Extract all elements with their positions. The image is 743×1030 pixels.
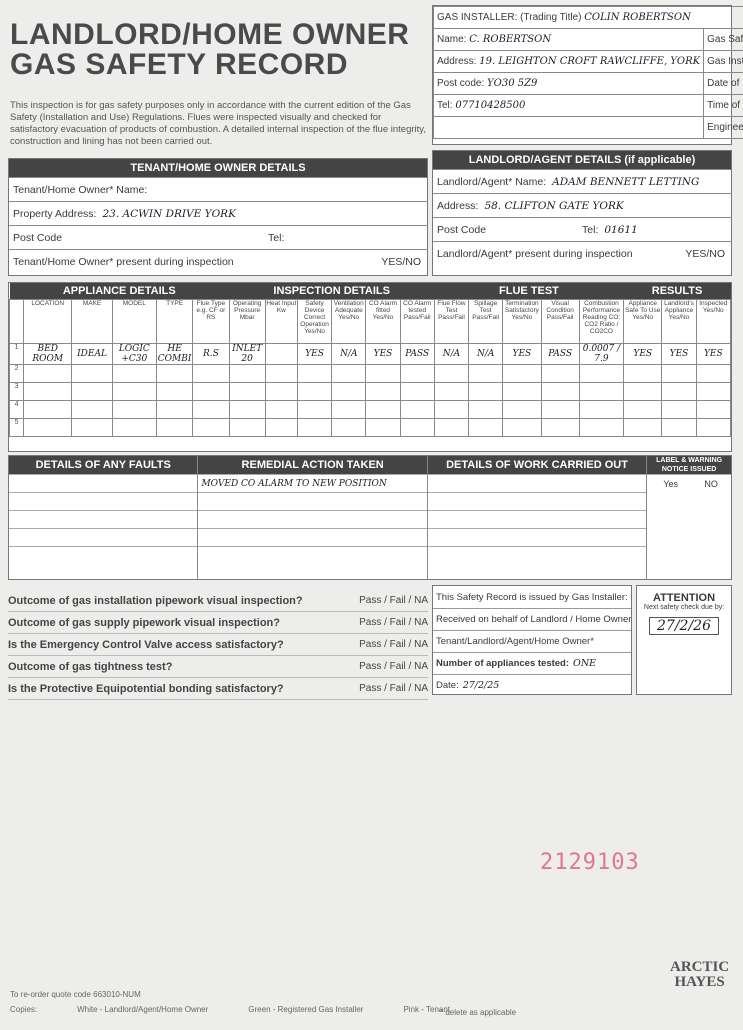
appliance-cell [229, 364, 265, 382]
appliance-cell: N/A [469, 343, 503, 364]
appliance-cell [366, 364, 400, 382]
appliance-cell [662, 364, 696, 382]
appliance-cell [696, 382, 730, 400]
appliance-cell [24, 418, 72, 436]
trading-title-row: GAS INSTALLER: (Trading Title) COLIN ROB… [434, 7, 743, 29]
appliance-cell: R.S [193, 343, 229, 364]
column-header: Termination Satisfactory Yes/No [503, 299, 541, 343]
installer-ref: Gas Installer Ref. No : A.B. [704, 51, 743, 73]
appliance-cell [696, 400, 730, 418]
next-check-due: 27/2/26 [649, 617, 719, 635]
received-by: Received on behalf of Landlord / Home Ow… [433, 608, 631, 630]
appliance-cell: PASS [541, 343, 579, 364]
appliance-cell: LOGIC +C30 [112, 343, 156, 364]
appliance-cell [72, 418, 112, 436]
appliance-cell: N/A [332, 343, 366, 364]
appliance-cell [332, 364, 366, 382]
appliance-cell [265, 400, 297, 418]
column-header: Operating Pressure Mbar [229, 299, 265, 343]
appliance-cell [662, 418, 696, 436]
appliance-cell [624, 382, 662, 400]
appliance-row: 4 [10, 400, 731, 418]
appliance-cell [366, 400, 400, 418]
appliance-cell [541, 382, 579, 400]
attention-box: ATTENTION Next safety check due by: 27/2… [636, 585, 732, 695]
appliance-row: 1BED ROOMIDEALLOGIC +C30HE COMBIR.SINLET… [10, 343, 731, 364]
appliance-cell [579, 418, 623, 436]
appliance-cell [696, 364, 730, 382]
property-address: Property Address:23. ACWIN DRIVE YORK [9, 201, 427, 225]
issued-by: This Safety Record is issued by Gas Inst… [433, 586, 631, 608]
work-column: DETAILS OF WORK CARRIED OUT [428, 456, 647, 579]
serial-number: 2129103 [540, 850, 640, 875]
column-header: Flue Flow Test Pass/Fail [434, 299, 468, 343]
appliance-cell: YES [366, 343, 400, 364]
signoff-date: Date:27/2/25 [433, 674, 631, 696]
appliance-cell [156, 400, 192, 418]
appliance-cell: YES [624, 343, 662, 364]
landlord-postcode: Post CodeTel:01611 [433, 217, 731, 241]
column-header: CO Alarm tested Pass/Fail [400, 299, 434, 343]
column-header: MODEL [112, 299, 156, 343]
appliance-cell [24, 382, 72, 400]
column-header: Landlord's Appliance Yes/No [662, 299, 696, 343]
column-header: Appliance Safe To Use Yes/No [624, 299, 662, 343]
appliance-cell [541, 400, 579, 418]
appliance-cell [193, 364, 229, 382]
results-header: RESULTS [624, 283, 731, 299]
appliance-cell [624, 400, 662, 418]
attention-title: ATTENTION [637, 592, 731, 604]
appliance-cell [332, 400, 366, 418]
appliance-cell [469, 400, 503, 418]
installer-address: Address: 19. LEIGHTON CROFT RAWCLIFFE, Y… [434, 51, 704, 73]
appliance-cell [400, 364, 434, 382]
appliance-cell [503, 400, 541, 418]
column-header: CO Alarm fitted Yes/No [366, 299, 400, 343]
remedial-line [198, 546, 426, 564]
time-of-issue: Time of Issue: [704, 95, 743, 117]
appliance-cell [156, 364, 192, 382]
faults-header: DETAILS OF ANY FAULTS [9, 456, 197, 474]
signoff-section: This Safety Record is issued by Gas Inst… [432, 585, 632, 695]
appliance-cell [541, 418, 579, 436]
appliance-cell [541, 364, 579, 382]
appliance-cell [72, 382, 112, 400]
appliance-cell [434, 400, 468, 418]
remedial-line [198, 528, 426, 546]
footer: To re-order quote code 663010-NUM Copies… [10, 990, 450, 1014]
column-header: Flue Type e.g. CF or RS [193, 299, 229, 343]
title-line-1: LANDLORD/HOME OWNER [10, 20, 409, 50]
faults-line [9, 528, 197, 546]
column-header: Combustion Performance Reading CO: CO2 R… [579, 299, 623, 343]
label-warning-column: LABEL & WARNING NOTICE ISSUED YesNO [647, 456, 731, 579]
appliance-cell [434, 364, 468, 382]
appliance-cell [662, 400, 696, 418]
appliance-cell [503, 364, 541, 382]
column-header: TYPE [156, 299, 192, 343]
safety-check: Outcome of gas tightness test?Pass / Fai… [8, 656, 428, 678]
column-header: Safety Device Correct Operation Yes/No [297, 299, 331, 343]
safety-check: Outcome of gas supply pipework visual in… [8, 612, 428, 634]
remedial-header: REMEDIAL ACTION TAKEN [198, 456, 426, 474]
work-line [428, 474, 646, 492]
appliance-cell [193, 382, 229, 400]
brand-logo: ARCTICHAYES [670, 960, 729, 990]
appliance-cell [72, 400, 112, 418]
appliance-cell [624, 418, 662, 436]
appliance-details-header: APPLIANCE DETAILS [10, 283, 230, 299]
appliance-cell [469, 364, 503, 382]
appliance-cell [366, 418, 400, 436]
installer-tel: Tel: 07710428500 [434, 95, 704, 117]
work-line [428, 546, 646, 564]
appliance-cell [400, 418, 434, 436]
appliance-cell [265, 418, 297, 436]
lower-section: DETAILS OF ANY FAULTS REMEDIAL ACTION TA… [8, 455, 732, 580]
appliance-cell [332, 382, 366, 400]
safety-check: Is the Protective Equipotential bonding … [8, 678, 428, 700]
appliance-cell: YES [696, 343, 730, 364]
form-title: LANDLORD/HOME OWNER GAS SAFETY RECORD [10, 20, 409, 80]
appliance-cell [193, 418, 229, 436]
inspection-details-header: INSPECTION DETAILS [229, 283, 434, 299]
appliances-tested: Number of appliances tested:ONE [433, 652, 631, 674]
appliance-cell [229, 418, 265, 436]
tenant-name: Tenant/Home Owner* Name: [9, 177, 427, 201]
appliance-cell [24, 400, 72, 418]
appliance-cell: IDEAL [72, 343, 112, 364]
appliance-cell: YES [662, 343, 696, 364]
tenant-header: TENANT/HOME OWNER DETAILS [9, 159, 427, 177]
appliance-cell [400, 400, 434, 418]
column-header: LOCATION [24, 299, 72, 343]
appliance-cell [366, 382, 400, 400]
remedial-line: MOVED CO ALARM TO NEW POSITION [198, 474, 426, 492]
appliance-cell [112, 382, 156, 400]
label-warning-header: LABEL & WARNING NOTICE ISSUED [647, 456, 731, 474]
appliance-cell [624, 364, 662, 382]
appliance-cell: BED ROOM [24, 343, 72, 364]
title-line-2: GAS SAFETY RECORD [10, 50, 409, 80]
landlord-header: LANDLORD/AGENT DETAILS (if applicable) [433, 151, 731, 169]
column-header: Ventilation Adequate Yes/No [332, 299, 366, 343]
landlord-section: LANDLORD/AGENT DETAILS (if applicable) L… [432, 150, 732, 276]
appliance-cell [72, 364, 112, 382]
work-line [428, 510, 646, 528]
landlord-address: Address:58. CLIFTON GATE YORK [433, 193, 731, 217]
appliance-cell: 0.0007 / 7.9 [579, 343, 623, 364]
appliance-cell [662, 382, 696, 400]
appliance-cell [265, 382, 297, 400]
work-line [428, 528, 646, 546]
appliance-cell [297, 400, 331, 418]
faults-column: DETAILS OF ANY FAULTS [9, 456, 198, 579]
gas-safety-record-form: LANDLORD/HOME OWNER GAS SAFETY RECORD Th… [0, 0, 743, 1030]
column-header: Spillage Test Pass/Fail [469, 299, 503, 343]
work-header: DETAILS OF WORK CARRIED OUT [428, 456, 646, 474]
appliance-cell [265, 343, 297, 364]
column-header: MAKE [72, 299, 112, 343]
appliance-cell [112, 400, 156, 418]
appliance-row: 3 [10, 382, 731, 400]
column-header: Inspected Yes/No [696, 299, 730, 343]
appliance-cell [332, 418, 366, 436]
appliance-cell: YES [503, 343, 541, 364]
gas-installer-section: GAS INSTALLER: (Trading Title) COLIN ROB… [432, 5, 732, 145]
attention-subtitle: Next safety check due by: [637, 604, 731, 611]
appliance-cell [297, 364, 331, 382]
remedial-column: REMEDIAL ACTION TAKEN MOVED CO ALARM TO … [198, 456, 427, 579]
appliance-cell [193, 400, 229, 418]
column-header: Visual Condition Pass/Fail [541, 299, 579, 343]
work-line [428, 492, 646, 510]
appliance-cell [265, 364, 297, 382]
safety-check: Is the Emergency Control Valve access sa… [8, 634, 428, 656]
appliance-cell [503, 382, 541, 400]
installer-name: Name: C. ROBERTSON [434, 29, 704, 51]
faults-line [9, 546, 197, 564]
appliance-cell [469, 418, 503, 436]
appliance-cell [112, 364, 156, 382]
faults-line [9, 510, 197, 528]
appliance-cell [434, 382, 468, 400]
intro-text: This inspection is for gas safety purpos… [10, 100, 430, 148]
landlord-present: Landlord/Agent* present during inspectio… [433, 241, 731, 265]
appliance-cell [579, 400, 623, 418]
remedial-line [198, 510, 426, 528]
appliance-cell [297, 382, 331, 400]
safety-checks: Outcome of gas installation pipework vis… [8, 590, 428, 700]
appliance-cell [696, 418, 730, 436]
landlord-name: Landlord/Agent* Name:ADAM BENNETT LETTIN… [433, 169, 731, 193]
appliance-cell [297, 418, 331, 436]
appliance-grid: APPLIANCE DETAILS INSPECTION DETAILS FLU… [8, 282, 732, 452]
appliance-cell: N/A [434, 343, 468, 364]
tenant-sign: Tenant/Landlord/Agent/Home Owner* [433, 630, 631, 652]
appliance-cell [24, 364, 72, 382]
column-header: Heat Input Kw [265, 299, 297, 343]
appliance-cell [400, 382, 434, 400]
safety-check: Outcome of gas installation pipework vis… [8, 590, 428, 612]
remedial-line [198, 492, 426, 510]
tenant-present: Tenant/Home Owner* present during inspec… [9, 249, 427, 273]
date-of-issue: Date of Issue: 27/2/25 [704, 73, 743, 95]
appliance-cell [112, 418, 156, 436]
flue-test-header: FLUE TEST [434, 283, 623, 299]
appliance-cell [229, 382, 265, 400]
delete-note: * delete as applicable [440, 1008, 516, 1017]
reorder-code: To re-order quote code 663010-NUM [10, 990, 450, 999]
appliance-cell [579, 382, 623, 400]
appliance-cell [434, 418, 468, 436]
appliance-cell [503, 418, 541, 436]
appliance-cell [469, 382, 503, 400]
appliance-cell [156, 382, 192, 400]
engineer-name: Engineers Name: (print) C. ROBERTSON [704, 117, 743, 139]
installer-postcode: Post code: YO30 5Z9 [434, 73, 704, 95]
tenant-section: TENANT/HOME OWNER DETAILS Tenant/Home Ow… [8, 158, 428, 276]
appliance-cell [229, 400, 265, 418]
appliance-row: 5 [10, 418, 731, 436]
appliance-cell: PASS [400, 343, 434, 364]
appliance-cell: HE COMBI [156, 343, 192, 364]
appliance-row: 2 [10, 364, 731, 382]
register-no: Gas Safe Register No: 157604 [704, 29, 743, 51]
appliance-cell [156, 418, 192, 436]
appliance-cell: YES [297, 343, 331, 364]
appliance-cell [579, 364, 623, 382]
faults-line [9, 492, 197, 510]
tenant-postcode: Post CodeTel: [9, 225, 427, 249]
faults-line [9, 474, 197, 492]
appliance-cell: INLET 20 [229, 343, 265, 364]
